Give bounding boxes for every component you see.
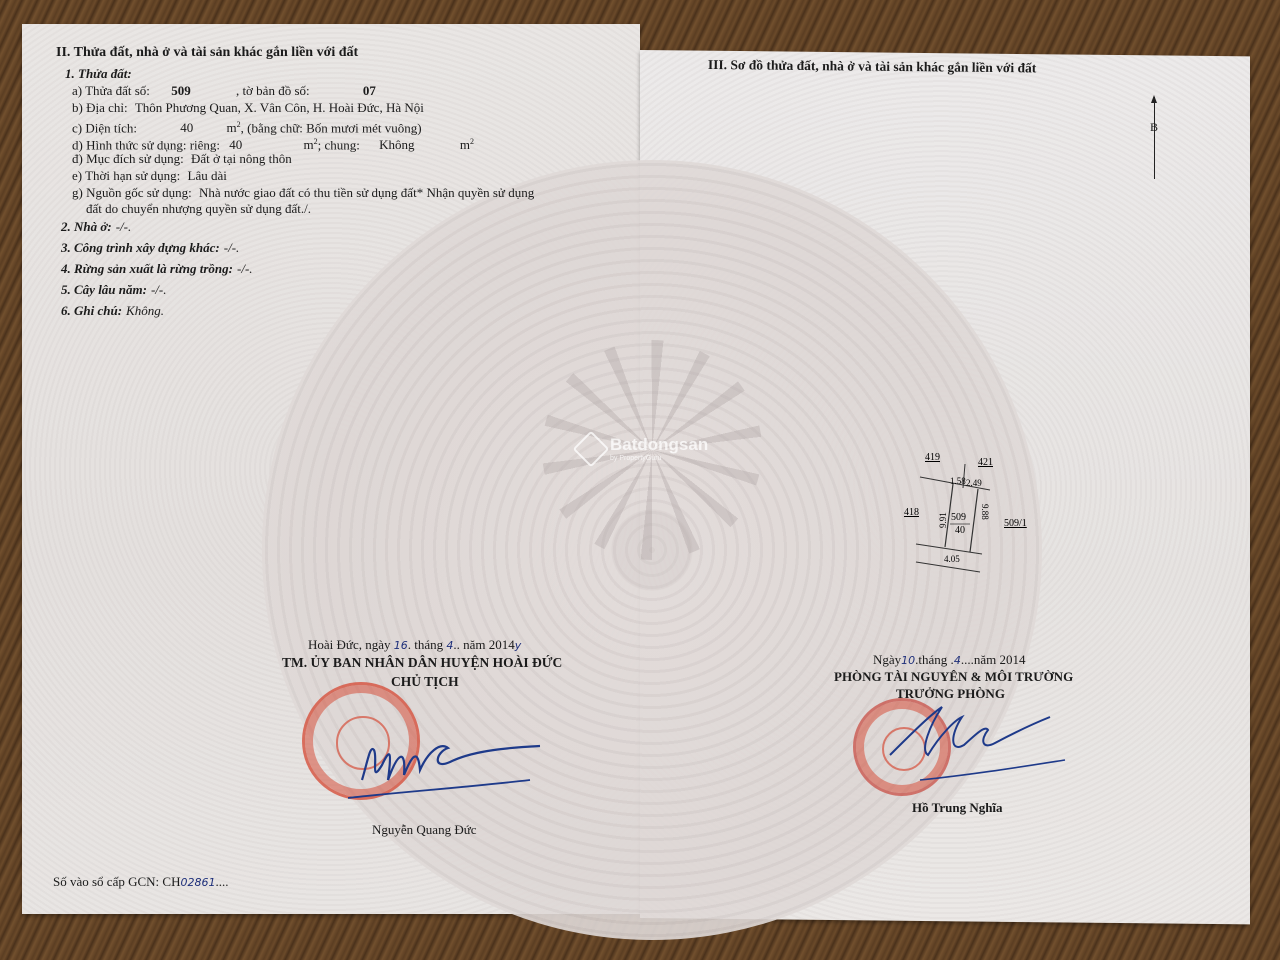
svg-text:1.58: 1.58: [950, 476, 966, 486]
right-signer-name: Hồ Trung Nghĩa: [912, 800, 1003, 816]
section-item-value: Không.: [126, 303, 164, 318]
section-item: 4. Rừng sản xuất là rừng trồng:-/-.: [61, 261, 253, 277]
section-item: 5. Cây lâu năm:-/-.: [61, 282, 167, 298]
left-signing-title: CHỦ TỊCH: [391, 674, 459, 690]
section-item-value: -/-.: [116, 219, 132, 234]
svg-text:419: 419: [925, 452, 940, 463]
watermark-sub: by PropertyGuru: [610, 455, 708, 462]
address-value: Thôn Phương Quan, X. Vân Côn, H. Hoài Đứ…: [135, 100, 424, 115]
svg-text:40: 40: [955, 525, 965, 536]
section-item-label: 4. Rừng sản xuất là rừng trồng:: [61, 261, 233, 276]
map-sheet-number: 07: [363, 83, 376, 98]
right-month-handwritten: 4: [954, 654, 961, 667]
origin-value-line1: Nhà nước giao đất có thu tiền sử dụng đấ…: [199, 185, 534, 200]
purpose-row: đ) Mục đích sử dụng: Đất ở tại nông thôn: [72, 151, 292, 167]
watermark: Batdongsan by PropertyGuru: [578, 435, 708, 462]
north-arrow-icon: [1154, 97, 1155, 179]
common-area: Không: [379, 137, 414, 152]
parcel-diagram-svg: 419 421 418 509/1 1.58 2.49 9.91 9.88 4.…: [890, 440, 1050, 580]
origin-value-line2: đất do chuyển nhượng quyền sử dụng đất./…: [86, 201, 311, 217]
svg-text:9.91: 9.91: [938, 512, 948, 528]
land-heading: 1. Thửa đất:: [65, 66, 132, 82]
right-signing-org: PHÒNG TÀI NGUYÊN & MÔI TRƯỜNG: [834, 669, 1073, 685]
left-signer-name: Nguyễn Quang Đức: [372, 822, 477, 838]
svg-text:418: 418: [904, 507, 919, 518]
day-handwritten: 16: [394, 639, 408, 652]
term-value: Lâu dài: [188, 168, 227, 183]
section-item-label: 2. Nhà ở:: [61, 219, 112, 234]
section-item: 2. Nhà ở:-/-.: [61, 219, 131, 235]
registry-number-handwritten: 02861: [180, 876, 215, 889]
svg-text:4.05: 4.05: [944, 554, 960, 564]
parcel-number-row: a) Thửa đất số: 509 , tờ bản đồ số: 07: [72, 83, 376, 99]
section-item-value: -/-.: [151, 282, 167, 297]
registry-number: Số vào sổ cấp GCN: CH02861....: [53, 874, 228, 891]
svg-text:9.88: 9.88: [980, 504, 990, 520]
svg-text:421: 421: [978, 457, 993, 468]
certificate-document: Batdongsan by PropertyGuru II. Thửa đất,…: [0, 0, 1280, 960]
section-item-label: 5. Cây lâu năm:: [61, 282, 147, 297]
right-day-handwritten: 10: [901, 654, 915, 667]
section-item: 6. Ghi chú:Không.: [61, 303, 164, 319]
svg-text:509: 509: [951, 512, 966, 523]
svg-text:2.49: 2.49: [966, 478, 982, 488]
section-title-ii: II. Thửa đất, nhà ở và tài sản khác gắn …: [56, 45, 358, 61]
term-row: e) Thời hạn sử dụng: Lâu dài: [72, 168, 227, 184]
signature-right: [880, 695, 1070, 785]
right-signing-date: Ngày10.tháng .4....năm 2014: [873, 652, 1025, 669]
section-item-value: -/-.: [237, 261, 253, 276]
origin-row: g) Nguồn gốc sử dụng: Nhà nước giao đất …: [72, 185, 534, 201]
section-item: 3. Công trình xây dựng khác:-/-.: [61, 240, 239, 256]
north-label: B: [1150, 119, 1158, 135]
section-item-label: 3. Công trình xây dựng khác:: [61, 240, 220, 255]
svg-text:509/1: 509/1: [1004, 518, 1027, 529]
parcel-number: 509: [171, 83, 191, 98]
address-row: b) Địa chỉ: Thôn Phương Quan, X. Vân Côn…: [72, 100, 424, 116]
signature-left: [340, 730, 550, 805]
section-item-value: -/-.: [224, 240, 240, 255]
left-signing-date: Hoài Đức, ngày 16. tháng 4.. năm 2014y: [308, 637, 521, 654]
section-item-label: 6. Ghi chú:: [61, 303, 122, 318]
house-logo-icon: [573, 430, 610, 467]
purpose-value: Đất ở tại nông thôn: [191, 151, 292, 166]
left-signing-org: TM. ỦY BAN NHÂN DÂN HUYỆN HOÀI ĐỨC: [282, 655, 562, 671]
section-title-iii: III. Sơ đồ thửa đất, nhà ở và tài sản kh…: [708, 57, 1037, 76]
watermark-brand: Batdongsan: [610, 435, 708, 454]
